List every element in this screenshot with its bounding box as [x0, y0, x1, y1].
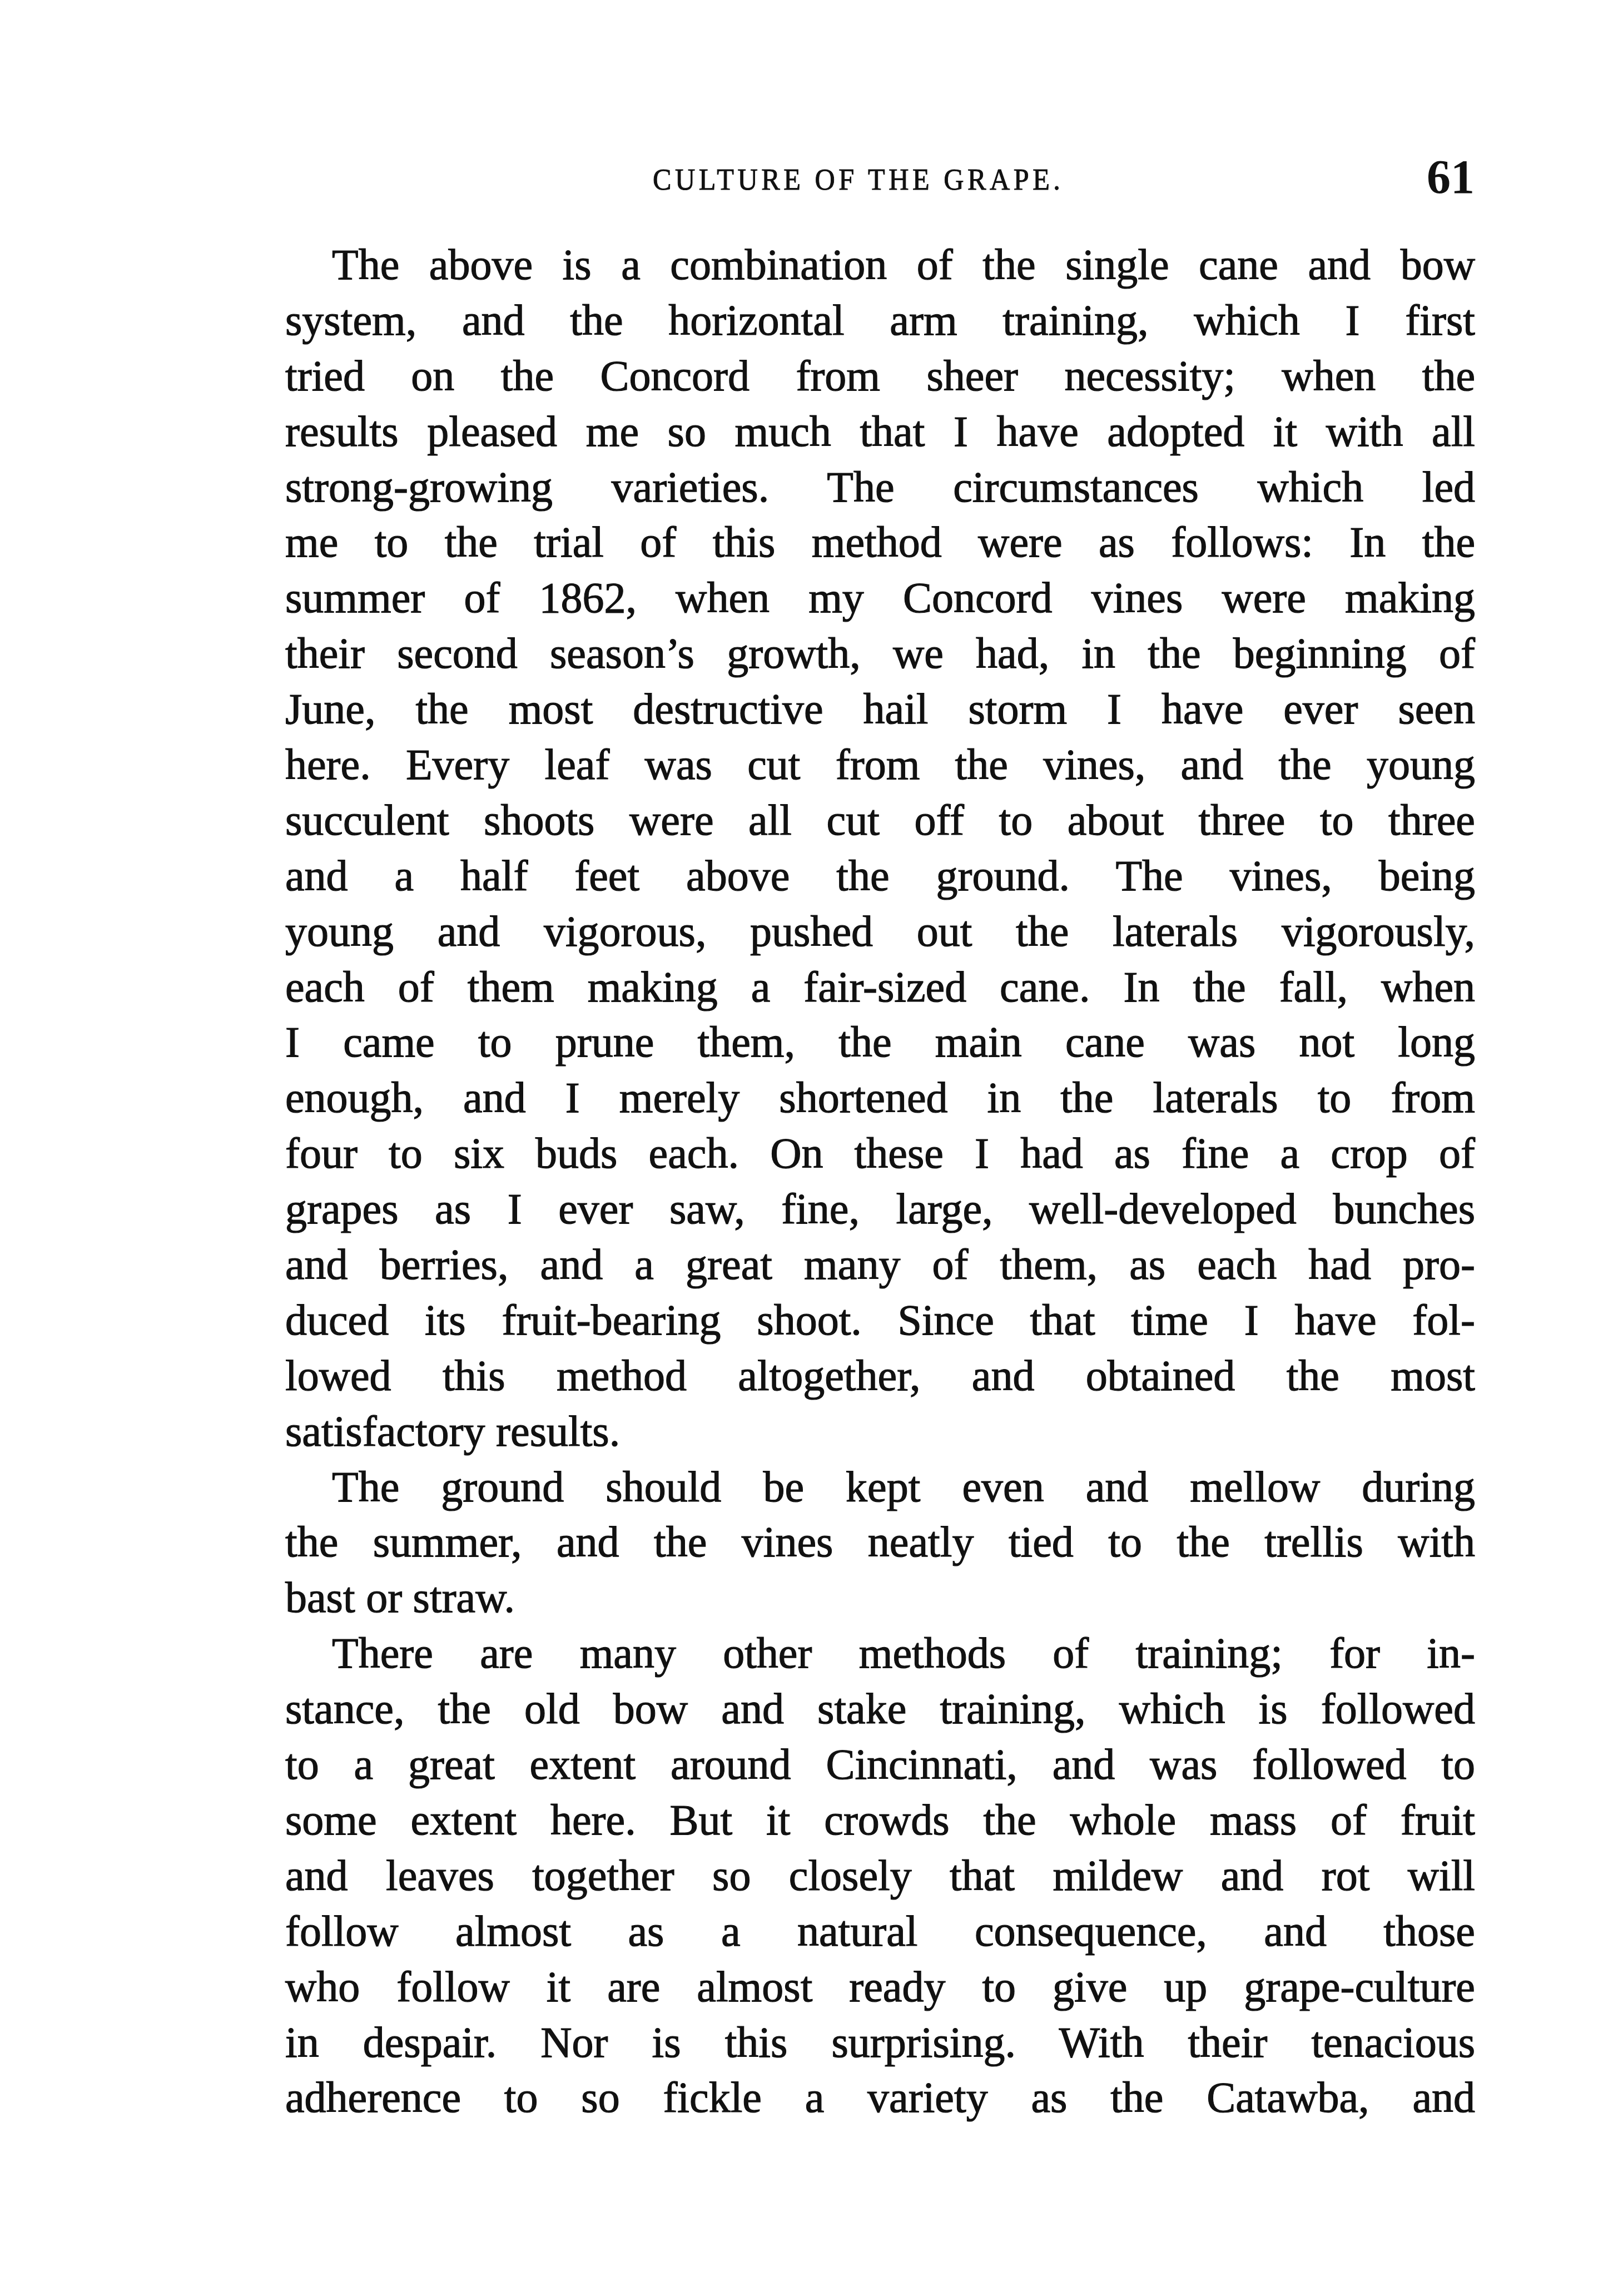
running-title: CULTURE OF THE GRAPE.	[653, 160, 1082, 199]
text-line: their second season’s growth, we had, in…	[285, 626, 1475, 681]
paragraph-1: The above is a combination of the single…	[285, 237, 1475, 1459]
text-line: who follow it are almost ready to give u…	[285, 1959, 1475, 2015]
text-line: the summer, and the vines neatly tied to…	[285, 1514, 1475, 1570]
text-line: satisfactory results.	[285, 1404, 1475, 1459]
text-line: in despair. Nor is this surprising. With…	[285, 2015, 1475, 2070]
text-line: enough, and I merely shortened in the la…	[285, 1070, 1475, 1125]
body-text: The above is a combination of the single…	[285, 237, 1475, 2125]
book-page: CULTURE OF THE GRAPE. 61 The above is a …	[0, 0, 1623, 2296]
text-line: adherence to so fickle a variety as the …	[285, 2070, 1475, 2125]
text-line: stance, the old bow and stake training, …	[285, 1681, 1475, 1737]
text-line: four to six buds each. On these I had as…	[285, 1125, 1475, 1181]
text-line: young and vigorous, pushed out the later…	[285, 904, 1475, 959]
text-line: The above is a combination of the single…	[285, 237, 1475, 292]
paragraph-3: There are many other methods of training…	[285, 1625, 1475, 2125]
text-line: June, the most destructive hail storm I …	[285, 681, 1475, 737]
text-line: and berries, and a great many of them, a…	[285, 1237, 1475, 1292]
text-line: bast or straw.	[285, 1570, 1475, 1625]
text-line: grapes as I ever saw, fine, large, well-…	[285, 1181, 1475, 1237]
text-line: succulent shoots were all cut off to abo…	[285, 792, 1475, 848]
paragraph-2: The ground should be kept even and mello…	[285, 1459, 1475, 1626]
text-line: and leaves together so closely that mild…	[285, 1848, 1475, 1903]
text-line: summer of 1862, when my Concord vines we…	[285, 570, 1475, 626]
text-line: to a great extent around Cincinnati, and…	[285, 1737, 1475, 1792]
text-line: and a half feet above the ground. The vi…	[285, 848, 1475, 904]
text-line: follow almost as a natural consequence, …	[285, 1903, 1475, 1959]
text-line: system, and the horizontal arm training,…	[285, 292, 1475, 348]
text-line: here. Every leaf was cut from the vines,…	[285, 737, 1475, 792]
text-line: There are many other methods of training…	[285, 1625, 1475, 1681]
text-line: lowed this method altogether, and obtain…	[285, 1348, 1475, 1404]
text-line: some extent here. But it crowds the whol…	[285, 1792, 1475, 1848]
text-line: me to the trial of this method were as f…	[285, 514, 1475, 570]
text-line: strong-growing varieties. The circumstan…	[285, 459, 1475, 515]
text-line: each of them making a fair-sized cane. I…	[285, 959, 1475, 1015]
text-line: The ground should be kept even and mello…	[285, 1459, 1475, 1515]
text-line: tried on the Concord from sheer necessit…	[285, 348, 1475, 404]
text-line: duced its fruit-bearing shoot. Since tha…	[285, 1292, 1475, 1348]
text-line: results pleased me so much that I have a…	[285, 404, 1475, 459]
text-line: I came to prune them, the main cane was …	[285, 1014, 1475, 1070]
page-number: 61	[1427, 149, 1475, 205]
